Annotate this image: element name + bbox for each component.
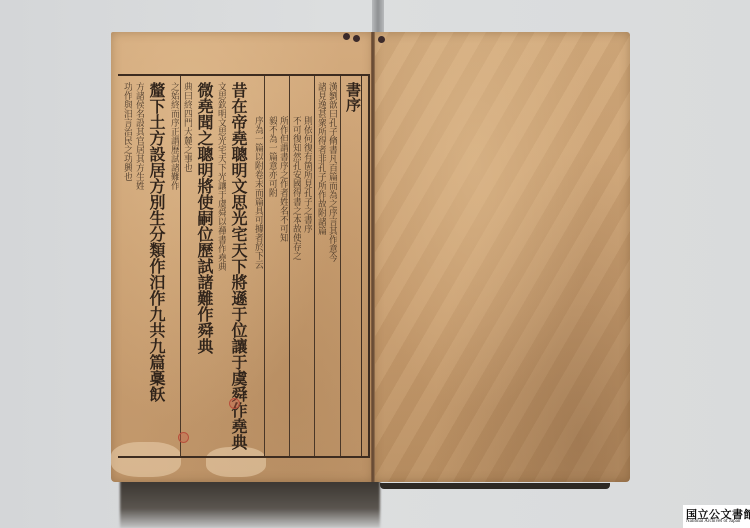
main-text-column: 微堯聞之聰明將使嗣位歷試諸難作舜典 <box>194 82 214 450</box>
text-column: 諸見逸甚衆所得者非孔子所作故附諸篇 <box>316 82 326 450</box>
column-rule <box>314 76 315 456</box>
main-text-column: 釐下土方設居方別生分類作汨作九共九篇稾飫 <box>146 82 166 450</box>
background-spine-shadow <box>372 0 384 32</box>
column-rule <box>340 76 341 456</box>
book-gutter <box>371 32 375 482</box>
red-circle-mark <box>229 398 240 409</box>
right-page <box>373 32 630 482</box>
logo-title-en: National Archives of Japan <box>686 519 740 524</box>
column-rule <box>180 76 181 456</box>
text-column: 則依何復有箇所見孔子之書序 <box>302 116 312 450</box>
red-circle-mark <box>178 432 189 443</box>
binding-hole <box>343 33 350 40</box>
text-column: 漢劉歆曰孔子脩書凡百篇而為之序言其作意今 <box>327 82 337 450</box>
text-column: 方諸侯名設其官居其方生姓 <box>134 82 144 450</box>
header-title: 書序 <box>344 82 362 122</box>
text-column: 所作但謂書序之作者姓名不可知 <box>278 116 288 450</box>
column-rule <box>264 76 265 456</box>
text-column: 功作與汨言治民之功興也 <box>122 82 132 450</box>
binding-hole <box>353 35 360 42</box>
text-column: 毅不為一篇意亦可附 <box>267 116 277 450</box>
text-frame: 書序 漢劉歆曰孔子脩書凡百篇而為之序言其作意今 諸見逸甚衆所得者非孔子所作故附諸… <box>118 74 370 458</box>
text-column: 文思欽明文思光宅天下光讓于虞舜以禪書作堯典 <box>216 82 226 450</box>
text-column: 不可復知然孔安國得書之本故使存之 <box>291 116 301 450</box>
binding-hole <box>378 36 385 43</box>
text-column: 之始終而序正謂歷試諸難作 <box>169 82 179 450</box>
book-shadow <box>120 480 380 528</box>
watermark-logo: 国立公文書館 National Archives of Japan <box>683 505 750 528</box>
book-shadow-right <box>380 483 610 489</box>
column-rule <box>289 76 290 456</box>
main-text-column: 昔在帝堯聰明文思光宅天下將遜于位讓于虞舜作堯典 <box>228 82 248 450</box>
text-column: 典曰終四門大麓之事也 <box>182 82 192 450</box>
text-column: 序為一篇以附卷末而篇具可據者於下云 <box>253 116 263 450</box>
